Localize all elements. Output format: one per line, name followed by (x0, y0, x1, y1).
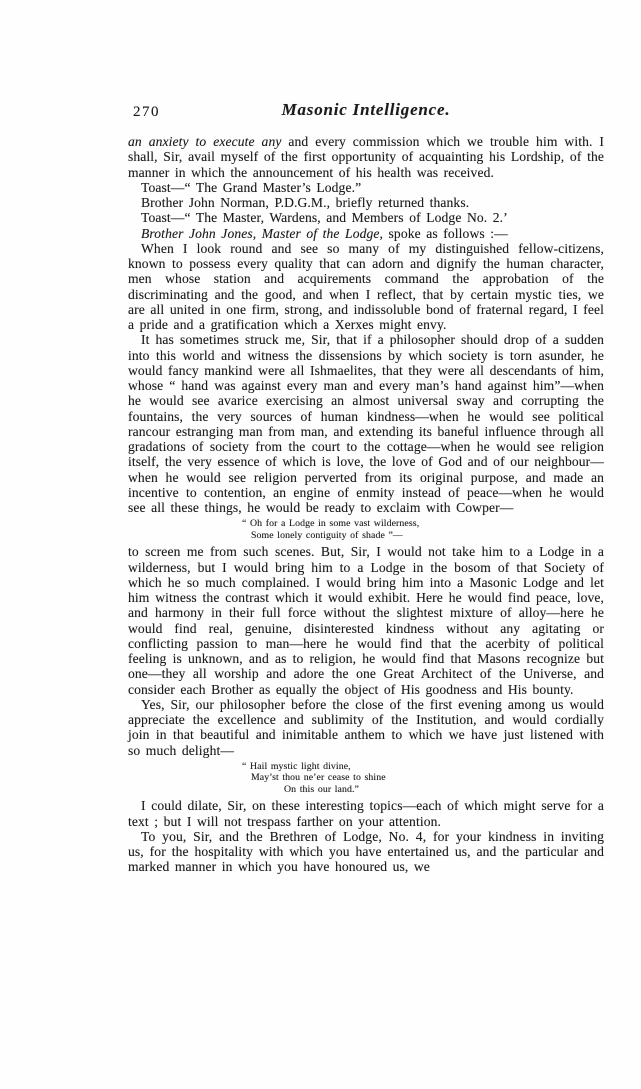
verse-line: May’st thou ne’er cease to shine (251, 772, 604, 784)
paragraph-continuation: an anxiety to execute any and every comm… (128, 134, 604, 180)
speaker-text: spoke as follows :— (383, 226, 508, 241)
page-header: 270 Masonic Intelligence. (128, 100, 604, 128)
verse-line: Some lonely contiguity of shade ”— (251, 530, 604, 542)
reply-line-john-norman: Brother John Norman, P.D.G.M., briefly r… (128, 195, 604, 210)
verse-line: “ Oh for a Lodge in some vast wilderness… (242, 518, 604, 530)
verse-line: On this our land.” (284, 784, 604, 796)
verse-line: “ Hail mystic light divine, (242, 761, 604, 773)
running-head: Masonic Intelligence. (128, 100, 604, 120)
toast-line-grand-masters-lodge: Toast—“ The Grand Master’s Lodge.” (128, 180, 604, 195)
verse-quote-anthem: “ Hail mystic light divine, May’st thou … (242, 761, 604, 796)
speaker-line-john-jones: Brother John Jones, Master of the Lodge,… (128, 226, 604, 241)
verse-quote-cowper: “ Oh for a Lodge in some vast wilderness… (242, 518, 604, 541)
toast-line-master-wardens: Toast—“ The Master, Wardens, and Members… (128, 210, 604, 225)
text-column: an anxiety to execute any and every comm… (128, 134, 604, 875)
paragraph-to-screen-me: to screen me from such scenes. But, Sir,… (128, 544, 604, 697)
book-page: 270 Masonic Intelligence. an anxiety to … (0, 0, 641, 1089)
paragraph-italic-lead: an anxiety to execute any (128, 134, 281, 149)
paragraph-when-i-look-round: When I look round and see so many of my … (128, 241, 604, 333)
paragraph-i-could-dilate: I could dilate, Sir, on these interestin… (128, 798, 604, 829)
speaker-italic-lead: Brother John Jones, Master of the Lodge, (141, 226, 383, 241)
paragraph-to-you-sir: To you, Sir, and the Brethren of Lodge, … (128, 829, 604, 875)
page-number: 270 (133, 104, 160, 121)
paragraph-yes-sir-our-philosopher: Yes, Sir, our philosopher before the clo… (128, 697, 604, 758)
paragraph-it-has-sometimes-struck: It has sometimes struck me, Sir, that if… (128, 332, 604, 515)
